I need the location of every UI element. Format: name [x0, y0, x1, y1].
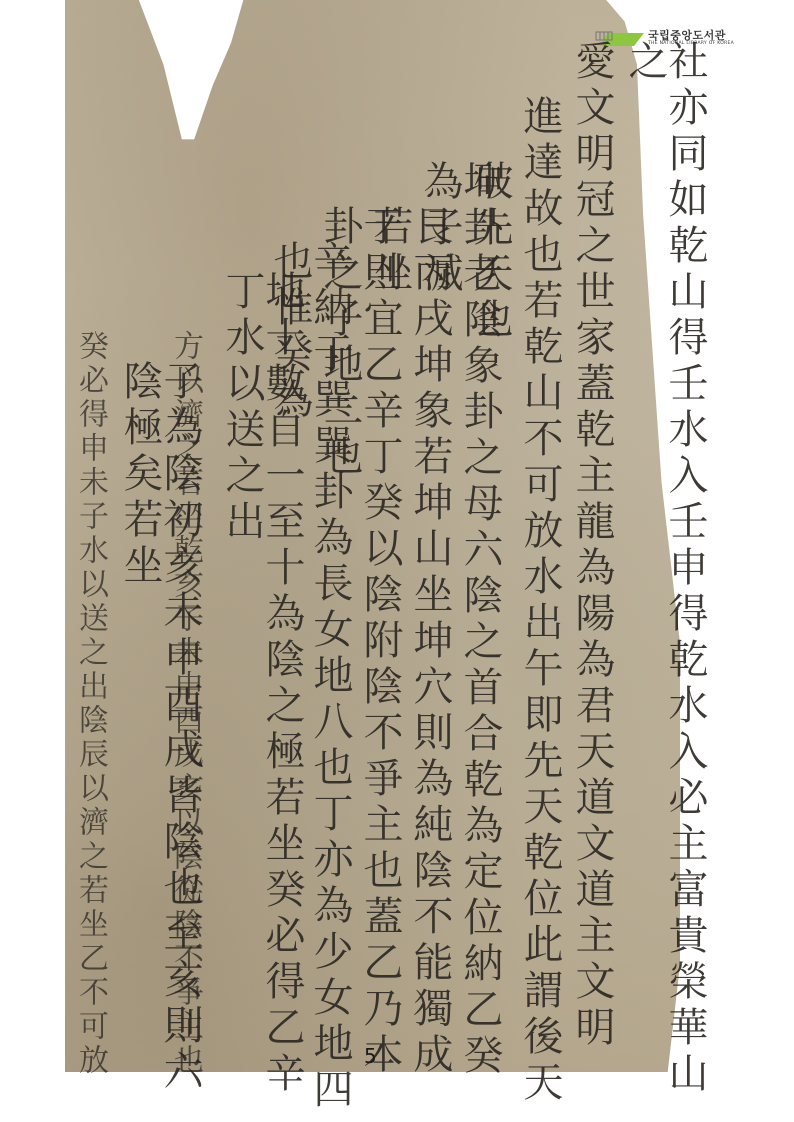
text-column-1: 社亦同如乾山得壬水入壬申得乾水入必主富貴榮華山之: [625, 40, 705, 1122]
text-column-12: 癸必得申未子水以送之出陰辰以濟之若坐乙不可放: [75, 330, 105, 1078]
text-column-3: 進達故也若乾山不可放水出午即先天乾位此謂後天: [520, 95, 560, 1107]
text-column-9: 地十數自一至十為陰之極若坐癸必得乙辛丁水以送之出: [222, 270, 302, 1122]
text-column-11: 子為陰初亥未申酉戌皆陰也至亥則六陰極矣若坐: [120, 360, 200, 1122]
page-number: 5: [364, 1044, 377, 1068]
text-column-2: 愛文明冠之世家蓋乾主龍為陽為君天道文道主文明: [572, 40, 612, 1052]
